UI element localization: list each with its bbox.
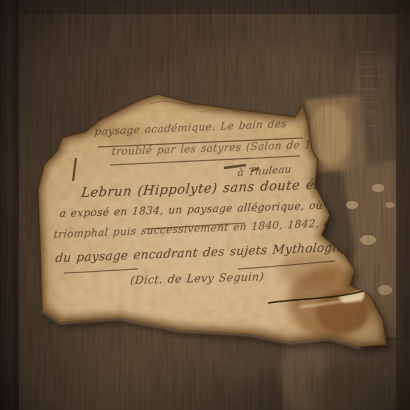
photo-antique-label-on-canvas: paysage académique. Le bain des troublé … xyxy=(0,0,410,410)
background-art xyxy=(0,0,410,410)
vignette xyxy=(0,0,410,410)
